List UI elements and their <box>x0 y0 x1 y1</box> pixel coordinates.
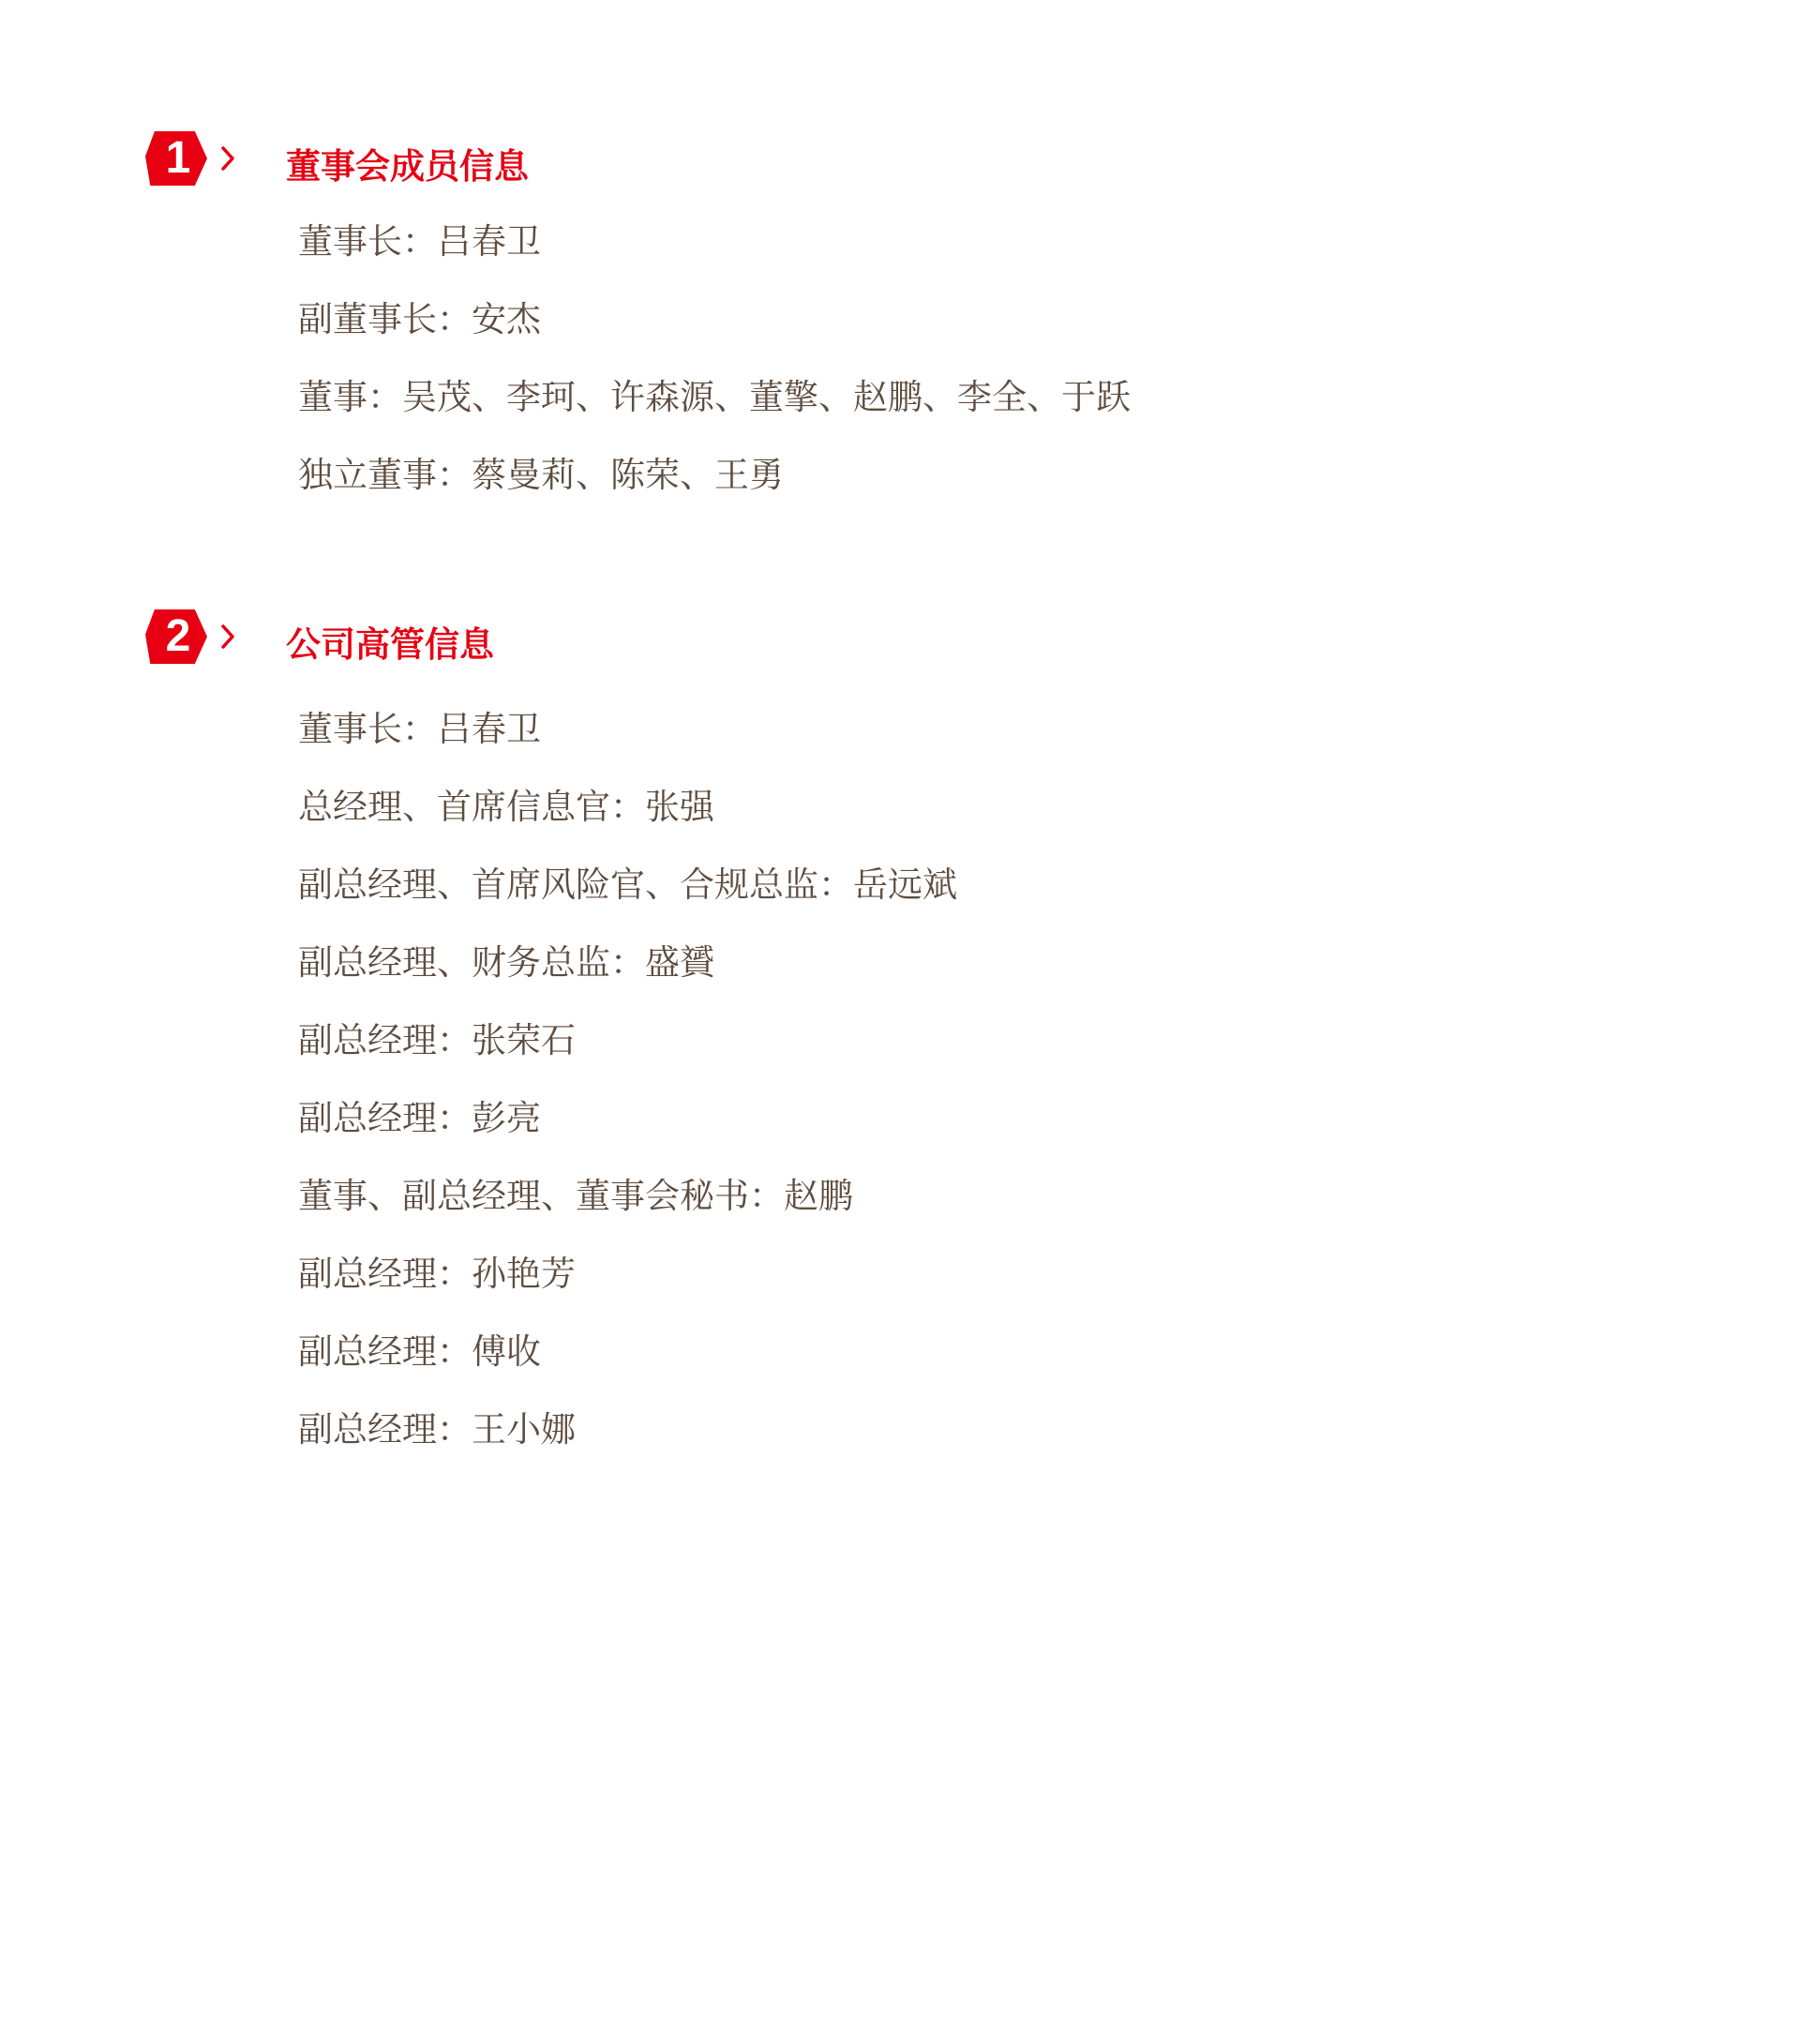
section-header-board: 1 董事会成员信息 <box>145 131 529 186</box>
info-line: 副总经理：彭亮 <box>298 1079 957 1157</box>
info-line: 董事长：吕春卫 <box>298 203 1131 280</box>
board-members-list: 董事长：吕春卫副董事长：安杰董事：吴茂、李珂、许森源、董擎、赵鹏、李全、于跃独立… <box>298 203 1131 514</box>
document-page: 1 董事会成员信息 董事长：吕春卫副董事长：安杰董事：吴茂、李珂、许森源、董擎、… <box>0 0 1800 2044</box>
info-line: 总经理、首席信息官：张强 <box>298 768 957 846</box>
info-line: 董事：吴茂、李珂、许森源、董擎、赵鹏、李全、于跃 <box>298 358 1131 436</box>
section-number: 1 <box>162 136 191 181</box>
section-number-banner: 2 <box>145 609 207 664</box>
section-title-executives: 公司高管信息 <box>286 627 494 662</box>
info-line: 副总经理：傅收 <box>298 1313 957 1390</box>
info-line: 副总经理、首席风险官、合规总监：岳远斌 <box>298 846 957 924</box>
section-title-board: 董事会成员信息 <box>286 149 529 184</box>
info-line: 董事、副总经理、董事会秘书：赵鹏 <box>298 1157 957 1235</box>
section-number: 2 <box>162 614 191 659</box>
chevron-right-icon <box>220 623 235 651</box>
info-line: 副总经理：王小娜 <box>298 1390 957 1468</box>
info-line: 副总经理、财务总监：盛贇 <box>298 924 957 1001</box>
section-header-executives: 2 公司高管信息 <box>145 609 494 664</box>
info-line: 副总经理：张荣石 <box>298 1001 957 1079</box>
info-line: 副董事长：安杰 <box>298 280 1131 358</box>
info-line: 董事长：吕春卫 <box>298 690 957 768</box>
section-number-banner: 1 <box>145 131 207 186</box>
executives-list: 董事长：吕春卫总经理、首席信息官：张强副总经理、首席风险官、合规总监：岳远斌副总… <box>298 690 957 1468</box>
chevron-right-icon <box>220 144 235 173</box>
info-line: 副总经理：孙艳芳 <box>298 1235 957 1313</box>
info-line: 独立董事：蔡曼莉、陈荣、王勇 <box>298 436 1131 514</box>
